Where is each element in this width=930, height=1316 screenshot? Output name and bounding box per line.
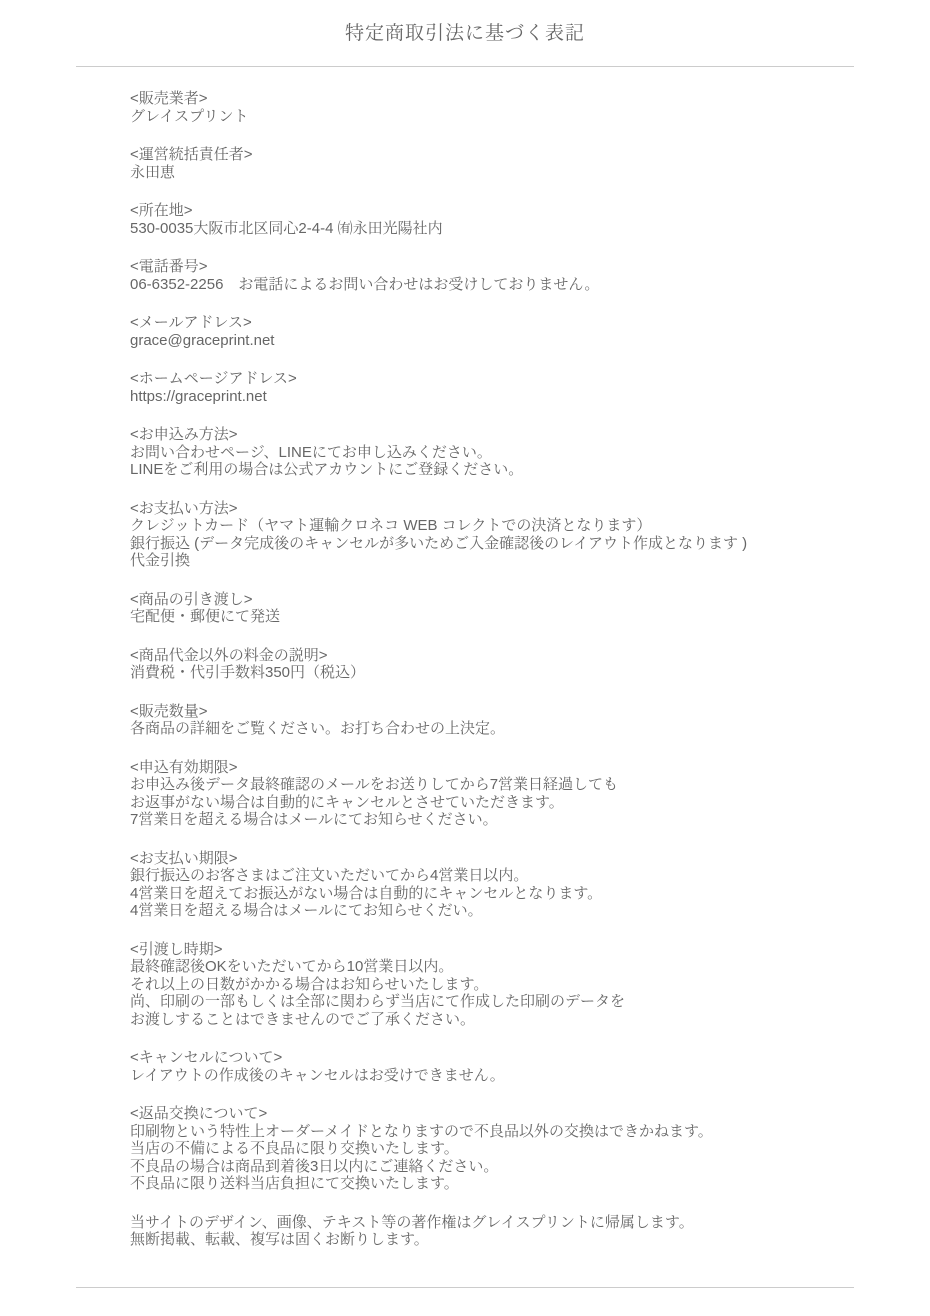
section-extra-fees: <商品代金以外の料金の説明> 消費税・代引手数料350円（税込）: [130, 647, 850, 682]
section-application-method: <お申込み方法> お問い合わせページ、LINEにてお申し込みください。 LINE…: [130, 426, 850, 479]
section-email-address: <メールアドレス> grace@graceprint.net: [130, 314, 850, 349]
section-returns-exchange: <返品交換について> 印刷物という特性上オーダーメイドとなりますので不良品以外の…: [130, 1105, 850, 1193]
section-line: 当店の不備による不良品に限り交換いたします。: [130, 1140, 850, 1158]
section-line: 宅配便・郵便にて発送: [130, 608, 850, 626]
section-heading: <お支払い方法>: [130, 500, 850, 518]
section-line: お申込み後データ最終確認のメールをお送りしてから7営業日経過しても: [130, 776, 850, 794]
section-delivery-time: <引渡し時期> 最終確認後OKをいただいてから10営業日以内。 それ以上の日数が…: [130, 941, 850, 1029]
section-line: 06-6352-2256 お電話によるお問い合わせはお受けしておりません。: [130, 276, 850, 294]
bottom-divider: [76, 1287, 854, 1288]
legal-notice-page: 特定商取引法に基づく表記 <販売業者> グレイスプリント <運営統括責任者> 永…: [0, 0, 930, 1316]
section-heading: <運営統括責任者>: [130, 146, 850, 164]
section-operations-manager: <運営統括責任者> 永田恵: [130, 146, 850, 181]
section-address: <所在地> 530-0035大阪市北区同心2-4-4 ㈲永田光陽社内: [130, 202, 850, 237]
section-line: 530-0035大阪市北区同心2-4-4 ㈲永田光陽社内: [130, 220, 850, 238]
section-heading: <販売数量>: [130, 703, 850, 721]
section-line: 最終確認後OKをいただいてから10営業日以内。: [130, 958, 850, 976]
section-heading: <返品交換について>: [130, 1105, 850, 1123]
section-phone-number: <電話番号> 06-6352-2256 お電話によるお問い合わせはお受けしており…: [130, 258, 850, 293]
section-line: お返事がない場合は自動的にキャンセルとさせていただきます。: [130, 794, 850, 812]
section-line: 各商品の詳細をご覧ください。お打ち合わせの上決定。: [130, 720, 850, 738]
section-line: クレジットカード（ヤマト運輸クロネコ WEB コレクトでの決済となります）: [130, 517, 850, 535]
section-heading: <ホームページアドレス>: [130, 370, 850, 388]
section-application-validity: <申込有効期限> お申込み後データ最終確認のメールをお送りしてから7営業日経過し…: [130, 759, 850, 829]
section-heading: <キャンセルについて>: [130, 1049, 850, 1067]
section-line: お問い合わせページ、LINEにてお申し込みください。: [130, 444, 850, 462]
section-heading: <メールアドレス>: [130, 314, 850, 332]
section-heading: <お支払い期限>: [130, 850, 850, 868]
page-title: 特定商取引法に基づく表記: [0, 0, 930, 44]
section-line: 不良品の場合は商品到着後3日以内にご連絡ください。: [130, 1158, 850, 1176]
section-line: 印刷物という特性上オーダーメイドとなりますので不良品以外の交換はできかねます。: [130, 1123, 850, 1141]
copyright-line: 無断掲載、転載、複写は固くお断りします。: [130, 1231, 850, 1249]
section-line: 4営業日を超える場合はメールにてお知らせくだい。: [130, 902, 850, 920]
section-line: 銀行振込のお客さまはご注文いただいてから4営業日以内。: [130, 867, 850, 885]
section-heading: <お申込み方法>: [130, 426, 850, 444]
section-heading: <販売業者>: [130, 90, 850, 108]
section-line: 代金引換: [130, 552, 850, 570]
section-line: 4営業日を超えてお振込がない場合は自動的にキャンセルとなります。: [130, 885, 850, 903]
section-heading: <所在地>: [130, 202, 850, 220]
section-line: それ以上の日数がかかる場合はお知らせいたします。: [130, 976, 850, 994]
section-payment-method: <お支払い方法> クレジットカード（ヤマト運輸クロネコ WEB コレクトでの決済…: [130, 500, 850, 570]
copyright-note: 当サイトのデザイン、画像、テキスト等の著作権はグレイスプリントに帰属します。 無…: [130, 1214, 850, 1249]
section-line: 消費税・代引手数料350円（税込）: [130, 664, 850, 682]
section-product-delivery: <商品の引き渡し> 宅配便・郵便にて発送: [130, 591, 850, 626]
homepage-url-text: https://graceprint.net: [130, 388, 850, 406]
section-line: 銀行振込 (データ完成後のキャンセルが多いためご入金確認後のレイアウト作成となり…: [130, 535, 850, 553]
section-heading: <商品代金以外の料金の説明>: [130, 647, 850, 665]
section-sales-quantity: <販売数量> 各商品の詳細をご覧ください。お打ち合わせの上決定。: [130, 703, 850, 738]
section-line: グレイスプリント: [130, 108, 850, 126]
notice-content: <販売業者> グレイスプリント <運営統括責任者> 永田恵 <所在地> 530-…: [0, 67, 930, 1249]
section-heading: <電話番号>: [130, 258, 850, 276]
section-heading: <商品の引き渡し>: [130, 591, 850, 609]
section-line: お渡しすることはできませんのでご了承ください。: [130, 1011, 850, 1029]
section-payment-deadline: <お支払い期限> 銀行振込のお客さまはご注文いただいてから4営業日以内。 4営業…: [130, 850, 850, 920]
section-line: 尚、印刷の一部もしくは全部に関わらず当店にて作成した印刷のデータを: [130, 993, 850, 1011]
section-heading: <申込有効期限>: [130, 759, 850, 777]
section-heading: <引渡し時期>: [130, 941, 850, 959]
section-line: レイアウトの作成後のキャンセルはお受けできません。: [130, 1067, 850, 1085]
email-address-text: grace@graceprint.net: [130, 332, 850, 350]
section-seller: <販売業者> グレイスプリント: [130, 90, 850, 125]
section-line: 7営業日を超える場合はメールにてお知らせください。: [130, 811, 850, 829]
section-line: LINEをご利用の場合は公式アカウントにご登録ください。: [130, 461, 850, 479]
section-line: 永田恵: [130, 164, 850, 182]
section-cancellation: <キャンセルについて> レイアウトの作成後のキャンセルはお受けできません。: [130, 1049, 850, 1084]
section-line: 不良品に限り送料当店負担にて交換いたします。: [130, 1175, 850, 1193]
copyright-line: 当サイトのデザイン、画像、テキスト等の著作権はグレイスプリントに帰属します。: [130, 1214, 850, 1232]
section-homepage-address: <ホームページアドレス> https://graceprint.net: [130, 370, 850, 405]
